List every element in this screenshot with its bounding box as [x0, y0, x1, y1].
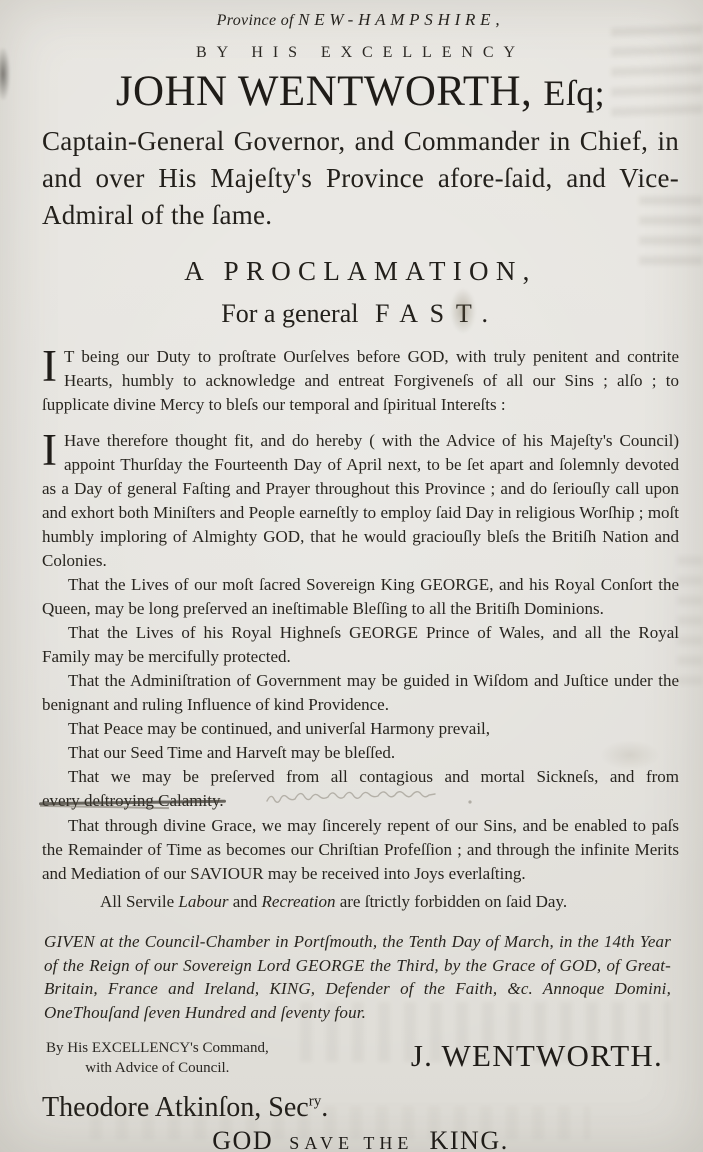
- servile-italic-labour: Labour: [178, 892, 228, 911]
- proclamation-document: Province of NEW-HAMPSHIRE, BY HIS EXCELL…: [0, 0, 703, 1152]
- god-save-the-king-line: GOD SAVE THE KING.: [42, 1126, 679, 1152]
- petition-harvest: That our Seed Time and Harveſt may be bl…: [42, 741, 679, 765]
- fast-subheading: For a general FAST.: [42, 299, 679, 329]
- secretary-superscript: ry: [309, 1094, 322, 1110]
- command-block: By His EXCELLENCY's Command, with Advice…: [42, 1038, 269, 1078]
- province-line: Province of NEW-HAMPSHIRE,: [42, 10, 679, 30]
- secretary-name: Theodore Atkinſon, Sec: [42, 1092, 309, 1123]
- edge-mark: [0, 48, 10, 100]
- petition-grace: That through divine Grace, we may ſincer…: [42, 814, 679, 886]
- given-attestation-paragraph: GIVEN at the Council-Chamber in Portſmou…: [42, 930, 679, 1024]
- province-prefix: Province of: [217, 12, 294, 29]
- appointment-text: Have therefore thought fit, and do hereb…: [42, 431, 679, 570]
- fast-prefix: For a general: [221, 299, 358, 328]
- governor-titles-paragraph: Captain-General Governor, and Commander …: [42, 123, 679, 234]
- bleedthrough-text: [677, 556, 703, 686]
- save-the-words: SAVE THE: [281, 1133, 421, 1152]
- handwritten-annotation-icon: [238, 790, 474, 814]
- sickness-text: That we may be preſerved from all contag…: [68, 767, 679, 786]
- servile-labour-line: All Servile Labour and Recreation are ſt…: [42, 890, 679, 914]
- appointment-paragraph: IHave therefore thought fit, and do here…: [42, 429, 679, 573]
- proclamation-heading: A PROCLAMATION,: [42, 256, 679, 287]
- command-line1: By His EXCELLENCY's Command,: [46, 1038, 269, 1058]
- petition-sickness: That we may be preſerved from all contag…: [42, 765, 679, 814]
- king-word: KING.: [430, 1126, 509, 1152]
- governor-name: JOHN WENTWORTH,: [116, 68, 532, 115]
- secretary-period: .: [321, 1092, 328, 1123]
- governor-name-heading: JOHN WENTWORTH, Eſq;: [42, 70, 679, 113]
- secretary-line: Theodore Atkinſon, Secry.: [42, 1092, 679, 1124]
- by-his-excellency-line: BY HIS EXCELLENCY: [42, 44, 679, 62]
- struck-out-text: every deſtroying Calamity.: [42, 791, 224, 810]
- governor-signature: J. WENTWORTH.: [411, 1038, 679, 1074]
- god-word: GOD: [212, 1126, 273, 1152]
- servile-italic-recreation: Recreation: [262, 892, 336, 911]
- petition-government: That the Adminiſtration of Government ma…: [42, 669, 679, 717]
- signature-row: By His EXCELLENCY's Command, with Advice…: [42, 1038, 679, 1078]
- proclamation-body: IT being our Duty to proſtrate Ourſelves…: [42, 345, 679, 914]
- preamble-text: T being our Duty to proſtrate Ourſelves …: [42, 347, 679, 414]
- petition-prince: That the Lives of his Royal Highneſs GEO…: [42, 621, 679, 669]
- drop-cap: I: [42, 345, 64, 386]
- governor-honorific: Eſq;: [543, 73, 605, 113]
- fast-word: FAST.: [375, 299, 500, 328]
- province-name: NEW-HAMPSHIRE,: [298, 10, 504, 29]
- preamble-paragraph: IT being our Duty to proſtrate Ourſelves…: [42, 345, 679, 417]
- servile-part2: and: [228, 892, 261, 911]
- servile-part3: are ſtrictly forbidden on ſaid Day.: [335, 892, 567, 911]
- servile-part1: All Servile: [100, 892, 178, 911]
- petition-king: That the Lives of our moſt ſacred Sovere…: [42, 573, 679, 621]
- petition-peace: That Peace may be continued, and univerſ…: [42, 717, 679, 741]
- command-line2: with Advice of Council.: [46, 1058, 269, 1078]
- drop-cap: I: [42, 429, 64, 470]
